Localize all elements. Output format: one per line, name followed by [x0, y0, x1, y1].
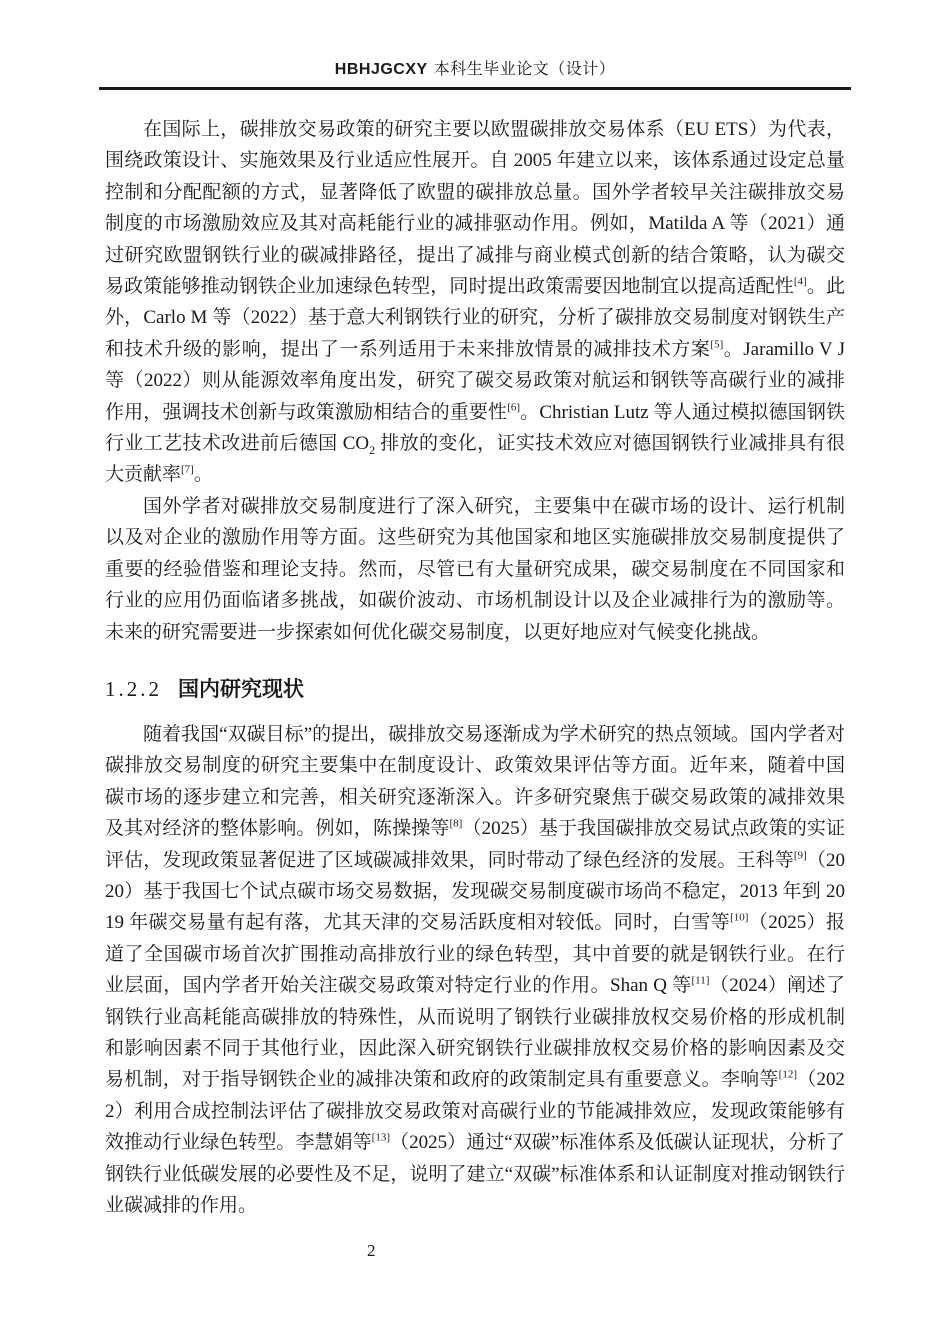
header-rule: HBHJGCXY本科生毕业论文（设计） [99, 60, 851, 90]
citation-superscript: [8] [450, 818, 463, 830]
section-heading-domestic-research: 1.2.2国内研究现状 [105, 675, 845, 704]
text-run: 。 [194, 464, 213, 485]
citation-superscript: [11] [692, 975, 710, 987]
paragraph-foreign-research-summary: 国外学者对碳排放交易制度进行了深入研究，主要集中在碳市场的设计、运行机制以及对企… [105, 491, 845, 648]
document-page: HBHJGCXY本科生毕业论文（设计） 在国际上，碳排放交易政策的研究主要以欧盟… [0, 0, 950, 1344]
citation-superscript: [10] [730, 912, 748, 924]
document-body: 在国际上，碳排放交易政策的研究主要以欧盟碳排放交易体系（EU ETS）为代表，围… [105, 114, 845, 1221]
citation-superscript: [12] [779, 1069, 797, 1081]
page-number: 2 [367, 1241, 376, 1261]
citation-superscript: [9] [794, 849, 807, 861]
paragraph-international-research: 在国际上，碳排放交易政策的研究主要以欧盟碳排放交易体系（EU ETS）为代表，围… [105, 114, 845, 491]
citation-superscript: [13] [372, 1132, 390, 1144]
citation-superscript: [7] [181, 464, 194, 476]
header-title: HBHJGCXY本科生毕业论文（设计） [99, 60, 851, 80]
citation-superscript: [4] [794, 276, 807, 288]
header-title-code: HBHJGCXY [335, 61, 428, 78]
paragraph-domestic-research: 随着我国“双碳目标”的提出，碳排放交易逐渐成为学术研究的热点领域。国内学者对碳排… [105, 719, 845, 1222]
section-number: 1.2.2 [105, 677, 162, 701]
citation-superscript: [6] [507, 401, 520, 413]
header-title-text: 本科生毕业论文（设计） [434, 61, 616, 78]
text-run: 国外学者对碳排放交易制度进行了深入研究，主要集中在碳市场的设计、运行机制以及对企… [105, 496, 845, 643]
page-header: HBHJGCXY本科生毕业论文（设计） [0, 0, 950, 90]
section-title: 国内研究现状 [178, 678, 304, 701]
citation-superscript: [5] [710, 339, 723, 351]
text-run: 在国际上，碳排放交易政策的研究主要以欧盟碳排放交易体系（EU ETS）为代表，围… [105, 119, 845, 297]
